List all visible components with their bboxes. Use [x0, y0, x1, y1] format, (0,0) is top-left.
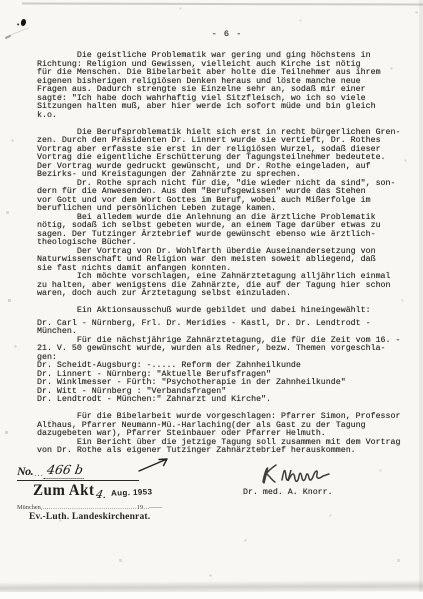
stamp-organization: Ev.-Luth. Landeskirchenrat.: [29, 512, 232, 522]
signature-block: Dr. med. A. Knorr.: [243, 459, 403, 497]
stamp-city-line: München,………………………………………19…——: [17, 504, 232, 511]
stamp-date: Aug. 1953: [111, 487, 153, 497]
scan-top-edge: [22, 2, 423, 5]
stamp-no-value-handwritten: 466 b: [43, 462, 86, 479]
paragraph-naechste-tagung: Für die nächstjährige Zahnärztetagung, d…: [37, 337, 419, 363]
stamp-number-row: No.... 466 b: [17, 462, 139, 481]
paragraph-wohlfarth: Der Vortrag von Dr. Wohlfarth überdie Au…: [37, 248, 419, 274]
scanned-page: - 6 - Die geistliche Problematik war ger…: [0, 0, 423, 599]
document-body: Die geistliche Problematik war gering un…: [37, 52, 419, 456]
paragraph-vorschlag: Ich möchte vorschlagen, eine Zahnärzteta…: [37, 273, 419, 299]
signature-typed-name: Dr. med. A. Knorr.: [243, 488, 403, 497]
paper-noise: [0, 0, 1, 1]
paragraph-berufsproblematik: Die Berufsproblematik hielt sich erst in…: [37, 129, 419, 180]
list-redner-themen: Dr. Scheidt-Augsburg: -..... Reform der …: [37, 362, 419, 405]
page-number: - 6 -: [37, 29, 417, 39]
stamp-day-handwritten: 4.: [95, 488, 108, 501]
paragraph-aktionsausschuss: Ein Aktionsausschuß wurde gebildet und d…: [37, 307, 419, 316]
handwritten-arrow-icon: [137, 455, 173, 473]
pencil-streak: [5, 27, 29, 38]
scan-right-edge: [419, 0, 423, 599]
ink-blot: [20, 18, 27, 26]
registry-stamp: No.... 466 b Zum Akt 4. Aug. 1953 Münche…: [17, 462, 232, 522]
paragraph-spiritual-problems: Die geistliche Problematik war gering un…: [37, 52, 419, 120]
paragraph-aerztliche-problematik: Bei alledem wurde die Anlehnung an die ä…: [37, 214, 419, 248]
paragraph-ausschuss-mitglieder: Dr. Carl - Nürnberg, Frl. Dr. Meridies -…: [37, 320, 419, 337]
stamp-zum-akt-label: Zum Akt: [33, 483, 94, 501]
handwritten-signature: [255, 459, 365, 487]
stamp-zum-akt-row: Zum Akt 4. Aug. 1953: [33, 483, 232, 500]
stamp-no-dots: ...: [33, 471, 43, 479]
paragraph-bibelarbeit: Für die Bibelarbeit wurde vorgeschlagen:…: [37, 413, 419, 456]
scan-bottom-strip: [0, 592, 423, 599]
stamp-no-label: No.: [17, 464, 33, 479]
paragraph-dr-rothe: Dr. Rothe sprach nicht für die, "die wie…: [37, 180, 419, 214]
